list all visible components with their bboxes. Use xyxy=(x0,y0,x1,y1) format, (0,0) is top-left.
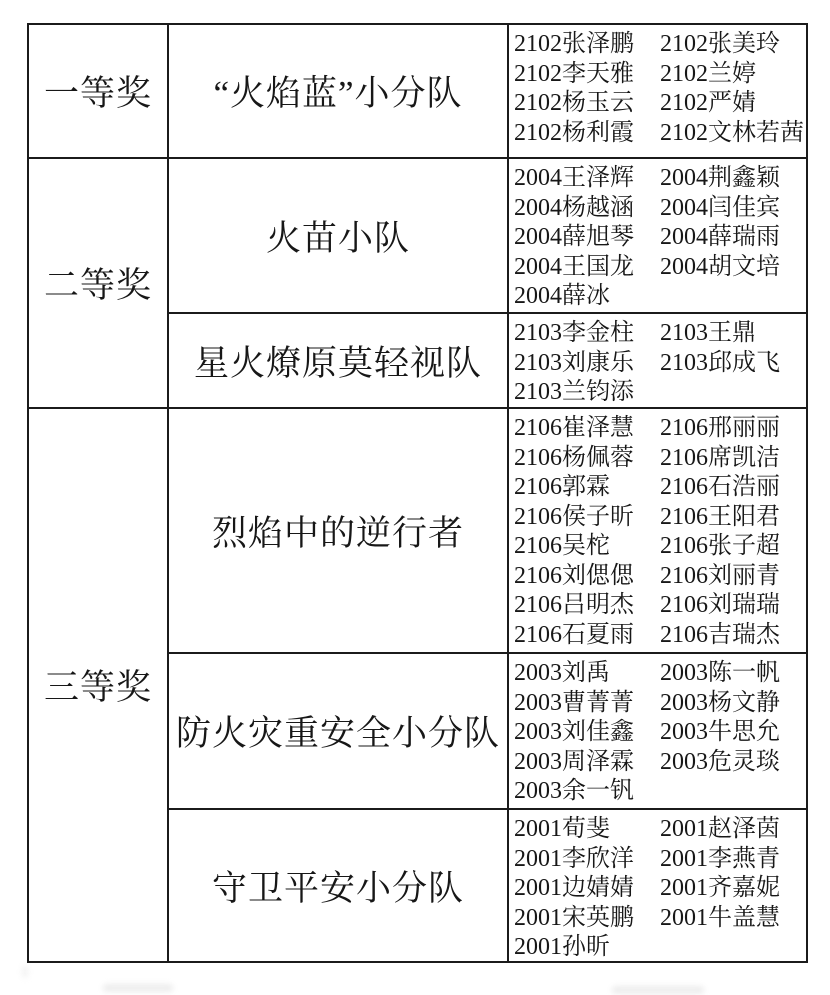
member-name: 2001赵泽茵 xyxy=(660,815,780,845)
member-line: 2004薛冰 xyxy=(514,282,806,312)
member-name: 2003杨文静 xyxy=(660,689,780,719)
member-line: 2106崔泽慧2106邢丽丽 xyxy=(514,414,806,444)
award-table: 一等奖“火焰蓝”小分队2102张泽鹏2102张美玲2102李天雅2102兰婷21… xyxy=(27,23,808,963)
member-name: 2004杨越涵 xyxy=(514,194,660,224)
scan-shadow-artifact xyxy=(22,966,28,978)
team-name-label: “火焰蓝”小分队 xyxy=(213,66,462,116)
member-line: 2004杨越涵2004闫佳宾 xyxy=(514,194,806,224)
member-name: 2003余一钒 xyxy=(514,777,660,807)
member-name: 2001边婧婧 xyxy=(514,874,660,904)
member-name: 2102严婧 xyxy=(660,89,756,119)
team-name-cell: 烈焰中的逆行者 xyxy=(169,409,509,654)
team-members-cell: 2003刘禹2003陈一帆2003曹菁菁2003杨文静2003刘佳鑫2003牛思… xyxy=(509,654,806,810)
member-name: 2004薛瑞雨 xyxy=(660,223,780,253)
team-members-cell: 2004王泽辉2004荆鑫颖2004杨越涵2004闫佳宾2004薛旭琴2004薛… xyxy=(509,159,806,314)
member-line: 2102张泽鹏2102张美玲 xyxy=(514,30,806,60)
member-name: 2103兰钧添 xyxy=(514,378,660,408)
member-name: 2004薛冰 xyxy=(514,282,660,312)
member-name: 2106侯子昕 xyxy=(514,503,660,533)
member-line: 2106刘偲偲2106刘丽青 xyxy=(514,562,806,592)
member-line: 2106杨佩蓉2106席凯洁 xyxy=(514,444,806,474)
team-name-label: 守卫平安小分队 xyxy=(212,861,464,911)
member-name: 2003刘禹 xyxy=(514,659,660,689)
award-level-label: 二等奖 xyxy=(44,258,152,308)
team-name-cell: 火苗小队 xyxy=(169,159,509,314)
team-name-cell: 防火灾重安全小分队 xyxy=(169,654,509,810)
member-name: 2001牛盖慧 xyxy=(660,904,780,934)
member-name: 2001李欣洋 xyxy=(514,845,660,875)
member-name: 2003曹菁菁 xyxy=(514,689,660,719)
member-name: 2003危灵琰 xyxy=(660,748,780,778)
member-line: 2003周泽霖2003危灵琰 xyxy=(514,748,806,778)
member-line: 2106侯子昕2106王阳君 xyxy=(514,503,806,533)
team-name-cell: “火焰蓝”小分队 xyxy=(169,25,509,159)
member-line: 2106郭霖2106石浩丽 xyxy=(514,473,806,503)
member-line: 2003刘佳鑫2003牛思允 xyxy=(514,718,806,748)
member-line: 2102杨玉云2102严婧 xyxy=(514,89,806,119)
member-name: 2106石夏雨 xyxy=(514,621,660,651)
member-name: 2106刘瑞瑞 xyxy=(660,591,780,621)
member-name: 2103李金柱 xyxy=(514,319,660,349)
member-name: 2106崔泽慧 xyxy=(514,414,660,444)
member-line: 2003曹菁菁2003杨文静 xyxy=(514,689,806,719)
member-name: 2102杨玉云 xyxy=(514,89,660,119)
member-line: 2003余一钒 xyxy=(514,777,806,807)
member-line: 2004薛旭琴2004薛瑞雨 xyxy=(514,223,806,253)
member-name: 2001荀斐 xyxy=(514,815,660,845)
member-name: 2106刘偲偲 xyxy=(514,562,660,592)
member-line: 2001孙昕 xyxy=(514,933,806,961)
team-name-cell: 星火燎原莫轻视队 xyxy=(169,314,509,409)
member-line: 2001边婧婧2001齐嘉妮 xyxy=(514,874,806,904)
team-members-cell: 2001荀斐2001赵泽茵2001李欣洋2001李燕青2001边婧婧2001齐嘉… xyxy=(509,810,806,961)
team-members-cell: 2103李金柱2103王鼎2103刘康乐2103邱成飞2103兰钧添 xyxy=(509,314,806,409)
member-line: 2106石夏雨2106吉瑞杰 xyxy=(514,621,806,651)
award-level-label: 三等奖 xyxy=(44,660,152,710)
member-name: 2001李燕青 xyxy=(660,845,780,875)
member-line: 2102李天雅2102兰婷 xyxy=(514,60,806,90)
member-name: 2103邱成飞 xyxy=(660,349,780,379)
member-line: 2106吴柁2106张子超 xyxy=(514,532,806,562)
member-line: 2103兰钧添 xyxy=(514,378,806,408)
member-line: 2003刘禹2003陈一帆 xyxy=(514,659,806,689)
member-name: 2106邢丽丽 xyxy=(660,414,780,444)
member-line: 2102杨利霞2102文林若茜 xyxy=(514,119,806,149)
member-name: 2106王阳君 xyxy=(660,503,780,533)
member-name: 2102张美玲 xyxy=(660,30,780,60)
member-name: 2004薛旭琴 xyxy=(514,223,660,253)
member-name: 2106石浩丽 xyxy=(660,473,780,503)
member-name: 2106吉瑞杰 xyxy=(660,621,780,651)
member-line: 2004王泽辉2004荆鑫颖 xyxy=(514,164,806,194)
member-name: 2106吴柁 xyxy=(514,532,660,562)
member-line: 2001李欣洋2001李燕青 xyxy=(514,845,806,875)
member-name: 2106刘丽青 xyxy=(660,562,780,592)
member-name: 2106杨佩蓉 xyxy=(514,444,660,474)
award-level-label: 一等奖 xyxy=(44,66,152,116)
scan-shadow-artifact xyxy=(612,986,704,994)
member-name: 2102李天雅 xyxy=(514,60,660,90)
team-name-cell: 守卫平安小分队 xyxy=(169,810,509,961)
member-line: 2001荀斐2001赵泽茵 xyxy=(514,815,806,845)
member-name: 2004胡文培 xyxy=(660,253,780,283)
member-line: 2103刘康乐2103邱成飞 xyxy=(514,349,806,379)
member-name: 2106席凯洁 xyxy=(660,444,780,474)
member-name: 2001宋英鹏 xyxy=(514,904,660,934)
member-name: 2103王鼎 xyxy=(660,319,756,349)
member-name: 2003周泽霖 xyxy=(514,748,660,778)
team-members-cell: 2106崔泽慧2106邢丽丽2106杨佩蓉2106席凯洁2106郭霖2106石浩… xyxy=(509,409,806,654)
member-name: 2103刘康乐 xyxy=(514,349,660,379)
member-name: 2106张子超 xyxy=(660,532,780,562)
member-name: 2106吕明杰 xyxy=(514,591,660,621)
member-line: 2004王国龙2004胡文培 xyxy=(514,253,806,283)
team-name-label: 火苗小队 xyxy=(266,211,410,261)
member-name: 2004王泽辉 xyxy=(514,164,660,194)
member-line: 2103李金柱2103王鼎 xyxy=(514,319,806,349)
member-name: 2001孙昕 xyxy=(514,933,660,961)
member-name: 2004荆鑫颖 xyxy=(660,164,780,194)
member-line: 2001宋英鹏2001牛盖慧 xyxy=(514,904,806,934)
member-name: 2102兰婷 xyxy=(660,60,756,90)
scanned-award-document: 一等奖“火焰蓝”小分队2102张泽鹏2102张美玲2102李天雅2102兰婷21… xyxy=(0,0,830,995)
member-name: 2102张泽鹏 xyxy=(514,30,660,60)
team-name-label: 烈焰中的逆行者 xyxy=(212,506,464,556)
team-name-label: 防火灾重安全小分队 xyxy=(176,706,500,756)
member-name: 2004闫佳宾 xyxy=(660,194,780,224)
member-name: 2106郭霖 xyxy=(514,473,660,503)
member-name: 2102文林若茜 xyxy=(660,119,804,149)
member-name: 2004王国龙 xyxy=(514,253,660,283)
member-name: 2001齐嘉妮 xyxy=(660,874,780,904)
team-members-cell: 2102张泽鹏2102张美玲2102李天雅2102兰婷2102杨玉云2102严婧… xyxy=(509,25,806,159)
member-name: 2003刘佳鑫 xyxy=(514,718,660,748)
award-level-cell: 一等奖 xyxy=(29,25,169,159)
member-line: 2106吕明杰2106刘瑞瑞 xyxy=(514,591,806,621)
team-name-label: 星火燎原莫轻视队 xyxy=(194,336,482,386)
scan-shadow-artifact xyxy=(103,984,173,992)
member-name: 2003牛思允 xyxy=(660,718,780,748)
award-level-cell: 二等奖 xyxy=(29,159,169,409)
award-level-cell: 三等奖 xyxy=(29,409,169,961)
member-name: 2102杨利霞 xyxy=(514,119,660,149)
member-name: 2003陈一帆 xyxy=(660,659,780,689)
